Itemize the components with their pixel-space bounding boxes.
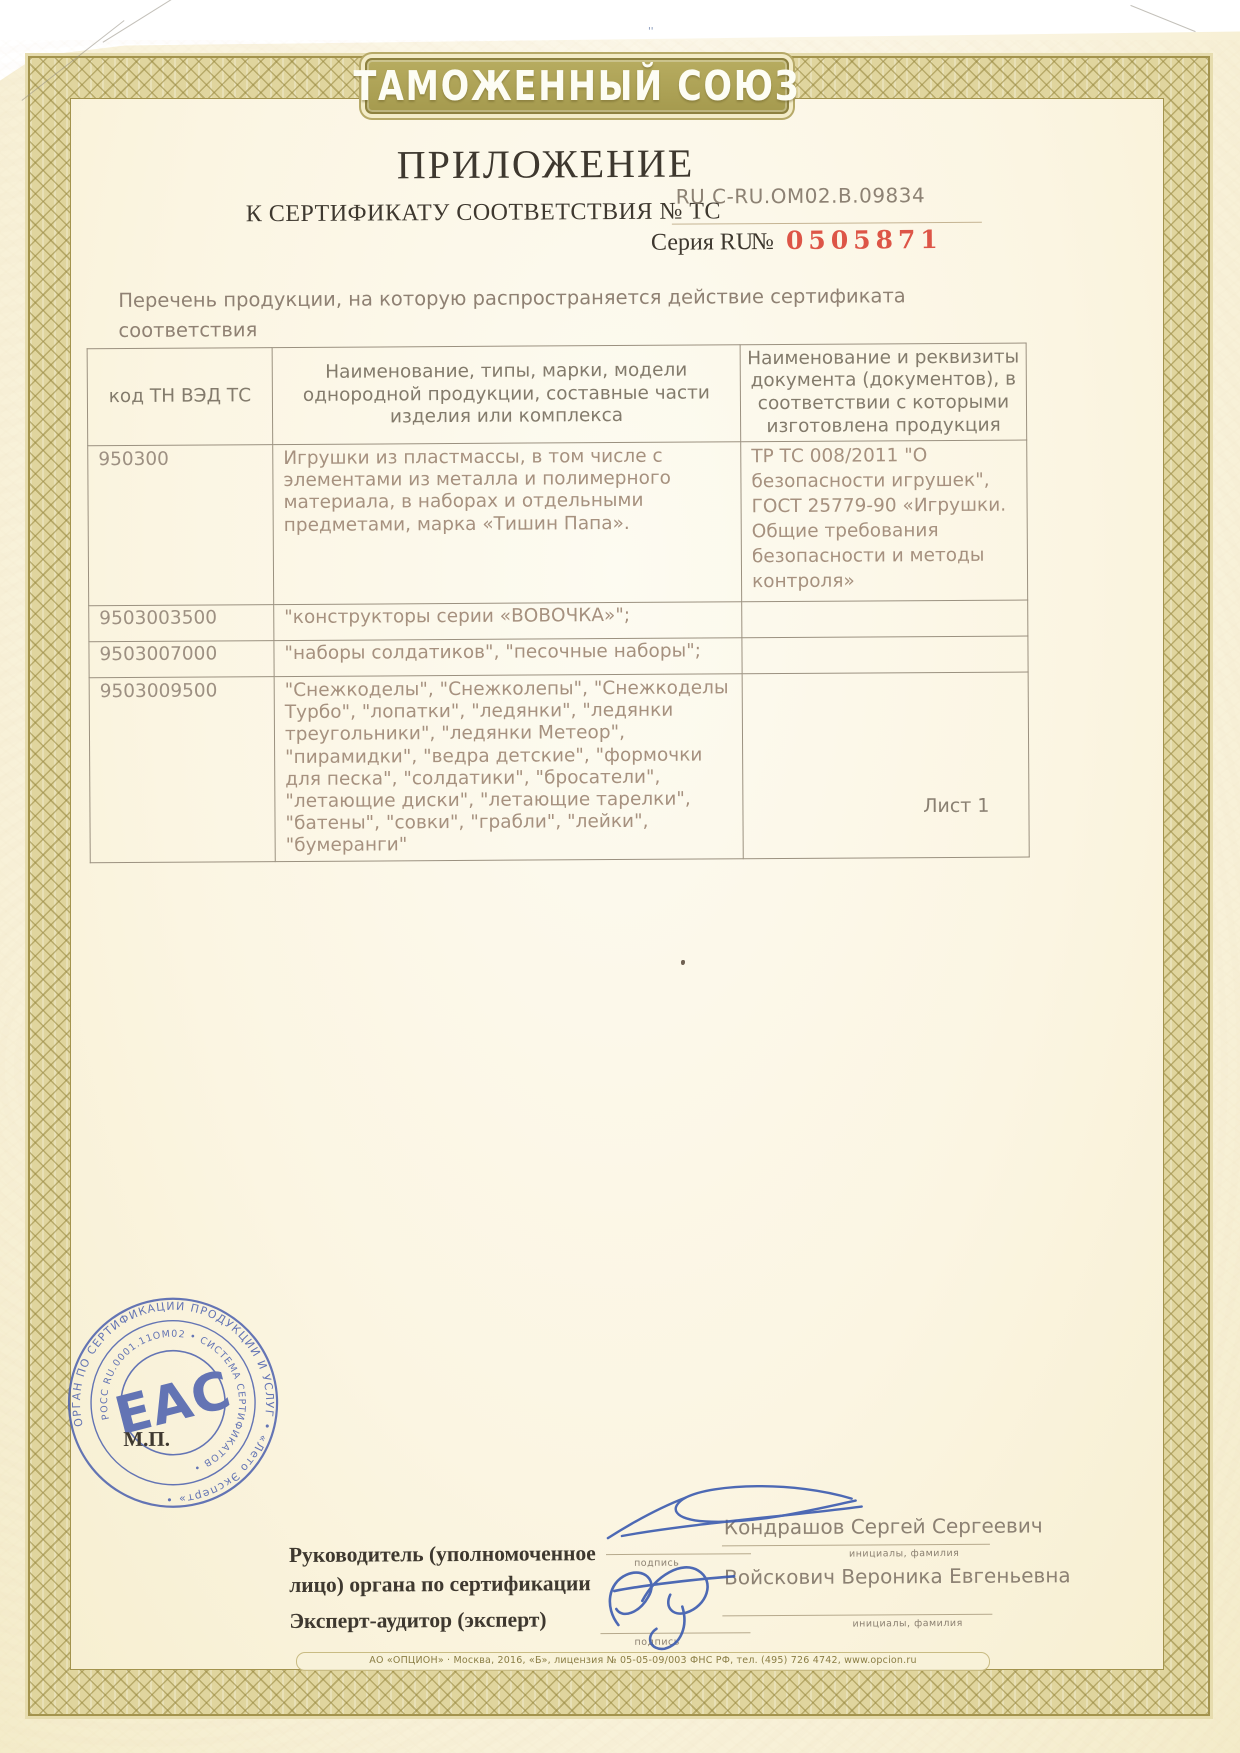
series-label: Серия RU	[651, 229, 753, 257]
cell-name: "Снежкоделы", "Снежколепы", "Снежкоделы …	[274, 674, 743, 861]
header-name: Наименование, типы, марки, модели одноро…	[272, 345, 741, 445]
cell-code: 9503003500	[89, 605, 274, 642]
initials-caption-2: инициалы, фамилия	[852, 1618, 962, 1630]
banner-text: ТАМОЖЕННЫЙ СОЮЗ	[354, 62, 801, 110]
handwritten-signature-2	[584, 1544, 760, 1660]
cell-code: 9503009500	[89, 677, 275, 863]
product-table: код ТН ВЭД ТС Наименование, типы, марки,…	[87, 343, 1030, 863]
cell-name: "наборы солдатиков", "песочные наборы";	[274, 638, 742, 677]
role-expert-auditor: Эксперт-аудитор (эксперт)	[289, 1607, 629, 1634]
blank-series-number: 0505871	[786, 225, 943, 255]
cell-code: 9503007000	[89, 641, 274, 678]
header-code: код ТН ВЭД ТС	[87, 348, 273, 446]
cell-name: Игрушки из пластмассы, в том числе с эле…	[273, 442, 742, 605]
table-row: 950300 Игрушки из пластмассы, в том числ…	[88, 440, 1028, 606]
number-sign: №	[751, 229, 774, 256]
sheet-number: Лист 1	[799, 795, 989, 818]
cell-code: 950300	[88, 445, 274, 606]
certificate-scan: ТАМОЖЕННЫЙ СОЮЗ ПРИЛОЖЕНИЕ К СЕРТИФИКАТУ…	[0, 0, 1240, 1753]
certification-stamp: ОРГАН ПО СЕРТИФИКАЦИИ ПРОДУКЦИИ И УСЛУГ …	[33, 1263, 313, 1543]
document-content: ПРИЛОЖЕНИЕ К СЕРТИФИКАТУ СООТВЕТСТВИЯ № …	[0, 0, 1240, 1753]
mp-seal-label: М.П.	[123, 1427, 170, 1452]
product-list-intro: Перечень продукции, на которую распростр…	[118, 281, 908, 346]
cell-doc	[742, 636, 1028, 674]
cell-doc	[742, 672, 1029, 858]
name-line-2	[722, 1594, 992, 1617]
table-row: 9503003500 "конструкторы серии «ВОВОЧКА»…	[89, 600, 1028, 642]
header-doc: Наименование и реквизиты документа (доку…	[740, 343, 1027, 442]
role-head-of-body: Руководитель (уполномоченное лицо) орган…	[289, 1538, 609, 1600]
page-title: ПРИЛОЖЕНИЕ	[245, 139, 845, 190]
cell-doc: ТР ТС 008/2011 "О безопасности игрушек",…	[741, 440, 1028, 602]
certificate-subtitle: К СЕРТИФИКАТУ СООТВЕТСТВИЯ № ТС	[246, 198, 721, 228]
printing-house-line: АО «ОПЦИОН» · Москва, 2016, «Б», лицензи…	[296, 1652, 990, 1671]
certificate-number: RU C-RU.OM02.B.09834	[676, 183, 926, 209]
signer-name-2: Войскович Вероника Евгеньевна	[724, 1563, 1071, 1589]
cell-doc	[742, 600, 1028, 638]
table-header-row: код ТН ВЭД ТС Наименование, типы, марки,…	[87, 343, 1027, 446]
table-row: 9503007000 "наборы солдатиков", "песочны…	[89, 636, 1028, 678]
cell-name: "конструкторы серии «ВОВОЧКА»";	[274, 602, 742, 641]
customs-union-banner: ТАМОЖЕННЫЙ СОЮЗ	[365, 58, 789, 114]
table-row: 9503009500 "Снежкоделы", "Снежколепы", "…	[89, 672, 1029, 862]
